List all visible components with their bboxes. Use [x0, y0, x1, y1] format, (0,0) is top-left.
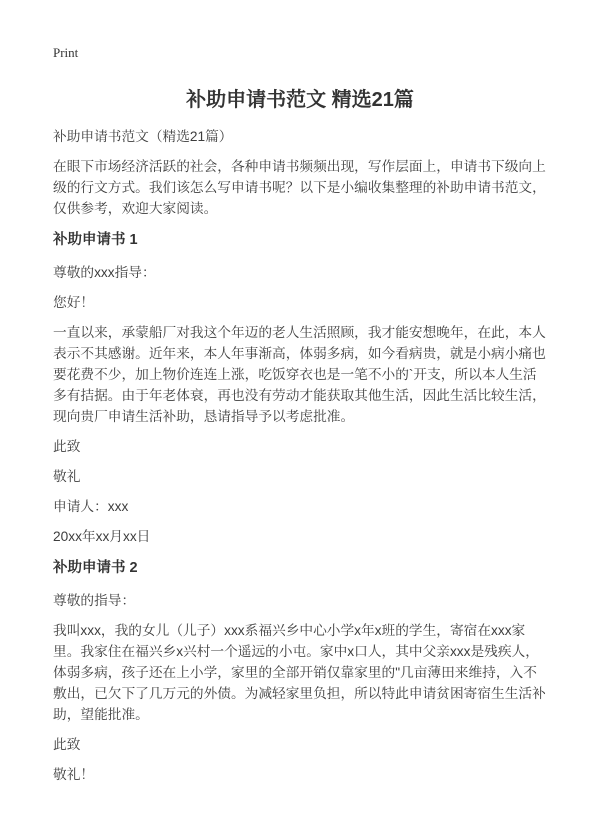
letter2-closing-cizhi: 此致	[53, 734, 547, 755]
letter1-closing-jingli: 敬礼	[53, 466, 547, 487]
intro-paragraph: 在眼下市场经济活跃的社会，各种申请书频频出现，写作层面上，申请书下级向上级的行文…	[53, 156, 547, 219]
letter1-greeting: 您好！	[53, 292, 547, 313]
letter1-salutation: 尊敬的xxx指导：	[53, 262, 547, 283]
letter1-date: 20xx年xx月xx日	[53, 526, 547, 547]
letter2-body: 我叫xxx，我的女儿（儿子）xxx系福兴乡中心小学x年x班的学生，寄宿在xxx家…	[53, 620, 547, 725]
document-page: Print 补助申请书范文 精选21篇 补助申请书范文（精选21篇） 在眼下市场…	[0, 0, 600, 828]
letter2-closing-jingli: 敬礼！	[53, 764, 547, 785]
letter2-salutation: 尊敬的指导：	[53, 590, 547, 611]
document-title: 补助申请书范文 精选21篇	[53, 86, 547, 114]
letter1-closing-cizhi: 此致	[53, 436, 547, 457]
letter1-heading: 补助申请书 1	[53, 230, 547, 251]
letter1-body: 一直以来，承蒙船厂对我这个年迈的老人生活照顾，我才能安想晚年，在此，本人表示不其…	[53, 322, 547, 427]
letter2-heading: 补助申请书 2	[53, 558, 547, 579]
print-link[interactable]: Print	[53, 45, 78, 61]
letter1-signature: 申请人：xxx	[53, 496, 547, 517]
document-subtitle: 补助申请书范文（精选21篇）	[53, 126, 547, 147]
